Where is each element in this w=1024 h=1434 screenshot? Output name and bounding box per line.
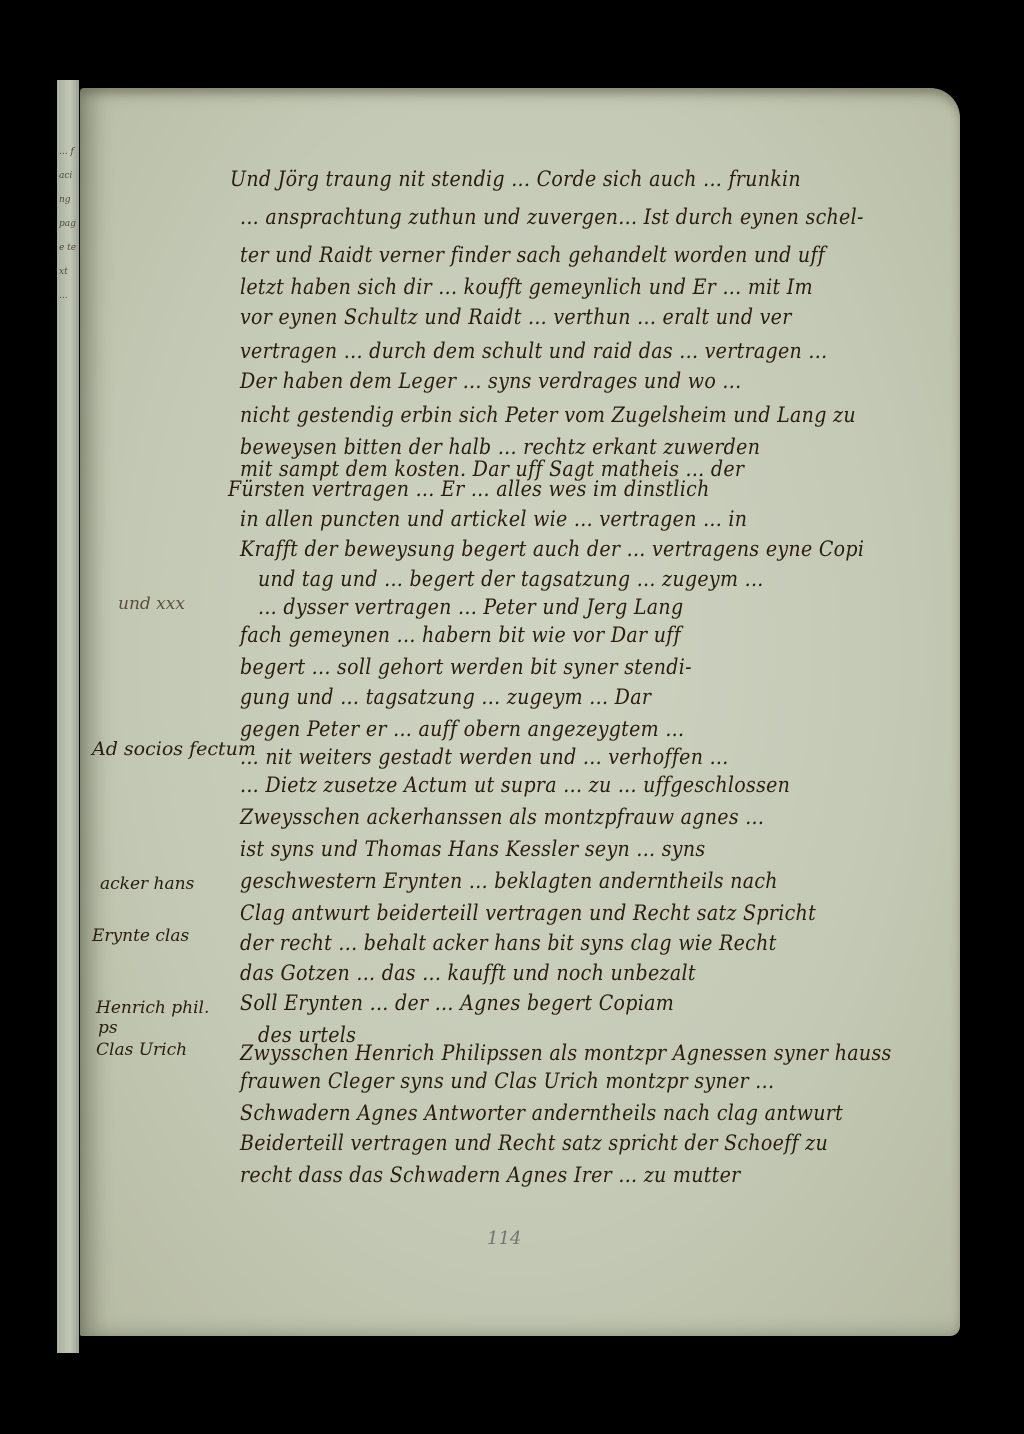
manuscript-line: vor eynen Schultz und Raidt ... verthun … (240, 304, 792, 329)
manuscript-line: Soll Erynten ... der ... Agnes begert Co… (240, 990, 674, 1015)
manuscript-line: und tag und ... begert der tagsatzung ..… (258, 566, 764, 591)
manuscript-line: Fürsten vertragen ... Er ... alles wes i… (228, 476, 710, 501)
facing-page-text: ... facing page text ... (59, 140, 77, 308)
manuscript-line: geschwestern Erynten ... beklagten ander… (240, 868, 778, 893)
manuscript-line: Krafft der beweysung begert auch der ...… (240, 536, 864, 561)
manuscript-line: Und Jörg traung nit stendig ... Corde si… (230, 166, 801, 191)
margin-note: Clas Urich (96, 1040, 187, 1060)
manuscript-line: Clag antwurt beiderteill vertragen und R… (240, 900, 816, 925)
manuscript-line: recht dass das Schwadern Agnes Irer ... … (240, 1162, 741, 1187)
manuscript-line: das Gotzen ... das ... kaufft und noch u… (240, 960, 696, 985)
manuscript-line: ist syns und Thomas Hans Kessler seyn ..… (240, 836, 705, 861)
manuscript-line: Schwadern Agnes Antworter anderntheils n… (240, 1100, 843, 1125)
folio-number: 114 (487, 1228, 521, 1249)
margin-note: acker hans (100, 874, 194, 894)
manuscript-line: ... Dietz zusetze Actum ut supra ... zu … (240, 772, 790, 797)
manuscript-line: gung und ... tagsatzung ... zugeym ... D… (240, 684, 651, 709)
manuscript-line: der recht ... behalt acker hans bit syns… (240, 930, 777, 955)
manuscript-line: Beiderteill vertragen und Recht satz spr… (240, 1130, 828, 1155)
manuscript-line: nicht gestendig erbin sich Peter vom Zug… (240, 402, 856, 427)
manuscript-line: ... dysser vertragen ... Peter und Jerg … (258, 594, 683, 619)
manuscript-line: Der haben dem Leger ... syns verdrages u… (240, 368, 741, 393)
manuscript-line: vertragen ... durch dem schult und raid … (240, 338, 827, 363)
margin-note: und xxx (118, 594, 185, 614)
manuscript-line: gegen Peter er ... auff obern angezeygte… (240, 716, 684, 741)
margin-note: Henrich phil. (96, 998, 209, 1018)
manuscript-line: fach gemeynen ... habern bit wie vor Dar… (240, 622, 681, 647)
margin-note: Ad socios fectum (92, 738, 256, 760)
manuscript-line: ... ansprachtung zuthun und zuvergen... … (240, 204, 864, 229)
manuscript-line: ... nit weiters gestadt werden und ... v… (240, 744, 729, 769)
manuscript-line: letzt haben sich dir ... koufft gemeynli… (240, 274, 813, 299)
manuscript-line: ter und Raidt verner finder sach gehande… (240, 242, 825, 267)
manuscript-line: in allen puncten und artickel wie ... ve… (240, 506, 747, 531)
binding-spine: ... facing page text ... (57, 80, 79, 1353)
margin-note: Erynte clas (92, 926, 189, 946)
margin-note: ps (98, 1018, 118, 1038)
manuscript-line: Zweysschen ackerhanssen als montzpfrauw … (240, 804, 764, 829)
manuscript-line: frauwen Cleger syns und Clas Urich montz… (240, 1068, 774, 1093)
manuscript-line: Zwysschen Henrich Philipssen als montzpr… (240, 1040, 892, 1065)
manuscript-line: begert ... soll gehort werden bit syner … (240, 654, 692, 679)
